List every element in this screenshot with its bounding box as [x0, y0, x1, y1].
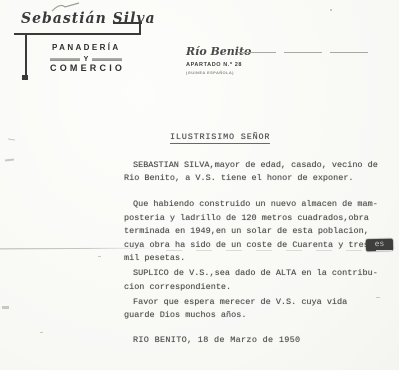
salutation: ILUSTRISIMO SEÑOR — [170, 132, 270, 144]
scan-speck — [5, 159, 14, 162]
address-block: Río Benito APARTADO N.º 28 (GUINEA ESPAÑ… — [186, 42, 251, 75]
text-line: guarde Dios muchos años. — [124, 309, 396, 323]
address-fill-line — [238, 52, 370, 53]
scan-speck — [2, 306, 9, 309]
letterhead-rule-foot — [22, 75, 28, 80]
text-line: Que habiendo construido un nuevo almacen… — [124, 198, 396, 212]
text-line: SUPLICO de V.S.,sea dado de ALTA en la c… — [124, 267, 396, 281]
scan-speck — [8, 139, 15, 141]
text-line: SEBASTIAN SILVA,mayor de edad, casado, v… — [124, 159, 396, 173]
decorative-bar-left — [50, 58, 80, 61]
letterhead-rule-stem — [25, 35, 27, 75]
text-line: mil pesetas. — [124, 252, 396, 266]
salutation-row: ILUSTRISIMO SEÑOR — [124, 131, 396, 145]
paragraph-request: SUPLICO de V.S.,sea dado de ALTA en la c… — [124, 267, 396, 294]
paragraph-closing: Favor que espera merecer de V.S. cuya vi… — [124, 296, 396, 323]
letterhead-owner-name: Sebastián Silva — [21, 11, 156, 28]
text-line: posteria y ladrillo de 120 metros cuadra… — [124, 212, 396, 226]
scanned-letter-page: Sebastián Silva PANADERÍA Y COMERCIO Río… — [0, 0, 399, 370]
letterhead-rule-top — [113, 22, 142, 24]
letterhead-business-line2: COMERCIO — [50, 63, 125, 73]
paragraph-exposition: Que habiendo construido un nuevo almacen… — [124, 198, 396, 266]
date-line: RIO BENITO, 18 de Marzo de 1950 — [124, 334, 396, 348]
letterhead-conjunction-row: Y — [50, 56, 122, 63]
text-line: cion correspondiente. — [124, 281, 396, 295]
scratch-line-right — [166, 250, 396, 251]
text-line: Rio Benito, a V.S. tiene el honor de exp… — [124, 172, 396, 186]
letterhead-conjunction: Y — [80, 56, 93, 63]
scan-speck — [98, 256, 101, 257]
address-territory: (GUINEA ESPAÑOLA) — [186, 70, 251, 75]
decorative-bar-right — [92, 58, 122, 61]
scan-speck — [376, 297, 380, 298]
letter-body: ILUSTRISIMO SEÑOR SEBASTIAN SILVA,mayor … — [124, 131, 396, 348]
letterhead-rule-main — [14, 33, 141, 35]
letterhead-business-line1: PANADERÍA — [52, 43, 121, 52]
paragraph-introduction: SEBASTIAN SILVA,mayor de edad, casado, v… — [124, 159, 396, 186]
text-line: terminada en 1949,en un solar de esta po… — [124, 225, 396, 239]
text-line: Favor que espera merecer de V.S. cuya vi… — [124, 296, 396, 310]
scan-speck — [40, 332, 43, 333]
address-po-box: APARTADO N.º 28 — [186, 62, 251, 68]
scan-speck — [330, 9, 332, 11]
